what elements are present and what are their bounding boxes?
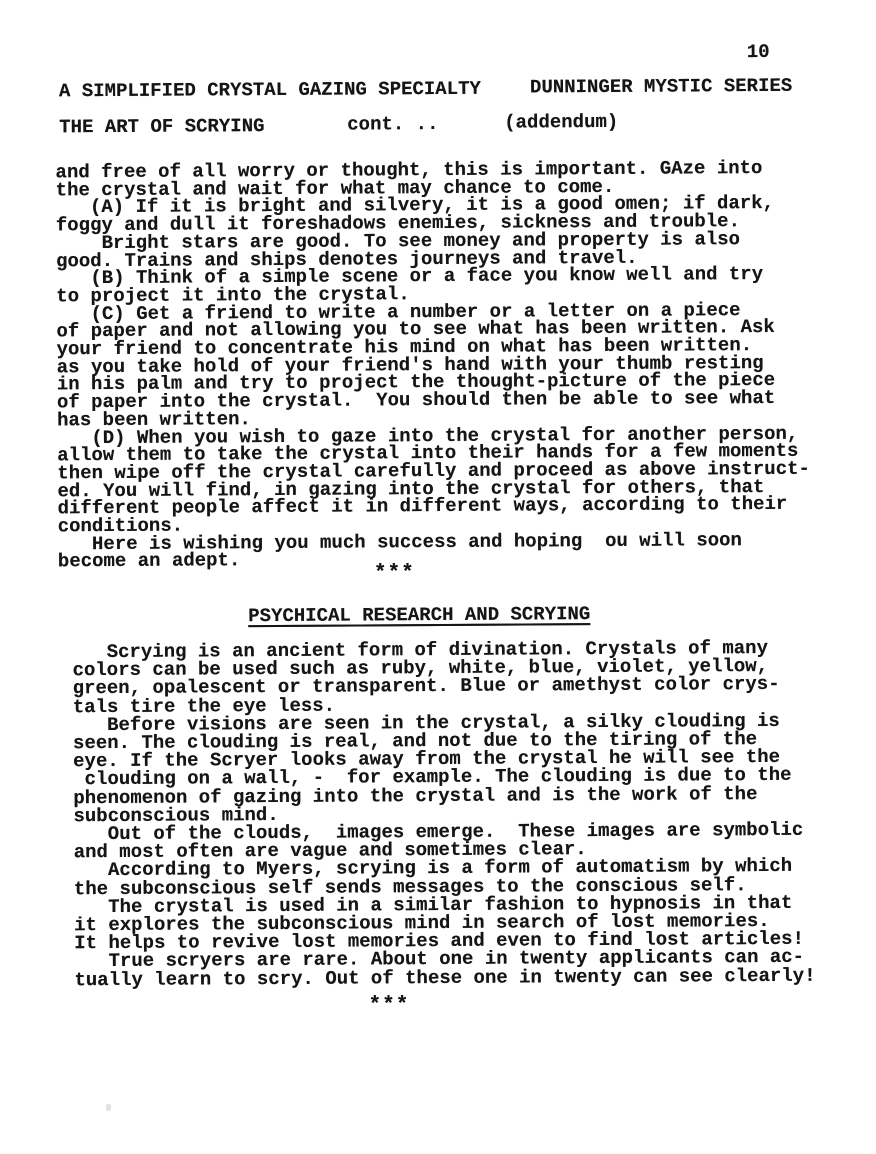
scan-smudge [106, 1104, 111, 1111]
section1-body-text: and free of all worry or thought, this i… [55, 160, 810, 572]
section2-body-text: Scrying is an ancient form of divination… [72, 639, 815, 989]
page-content: 10 A SIMPLIFIED CRYSTAL GAZING SPECIALTY… [0, 0, 876, 1154]
header-series-subtitle: A SIMPLIFIED CRYSTAL GAZING SPECIALTY [59, 80, 481, 102]
header-series-name: DUNNINGER MYSTIC SERIES [530, 77, 792, 98]
section2-divider-asterisks: *** [369, 997, 410, 1015]
section1-divider-asterisks: *** [374, 565, 415, 583]
scanned-document-page: 10 A SIMPLIFIED CRYSTAL GAZING SPECIALTY… [0, 0, 876, 1154]
page-number: 10 [747, 43, 770, 62]
header-continuation-note: cont. .. [347, 115, 438, 135]
section2-heading: PSYCHICAL RESEARCH AND SCRYING [248, 603, 590, 627]
header-addendum-note: (addendum) [504, 113, 618, 133]
header-article-title: THE ART OF SCRYING [59, 117, 264, 137]
